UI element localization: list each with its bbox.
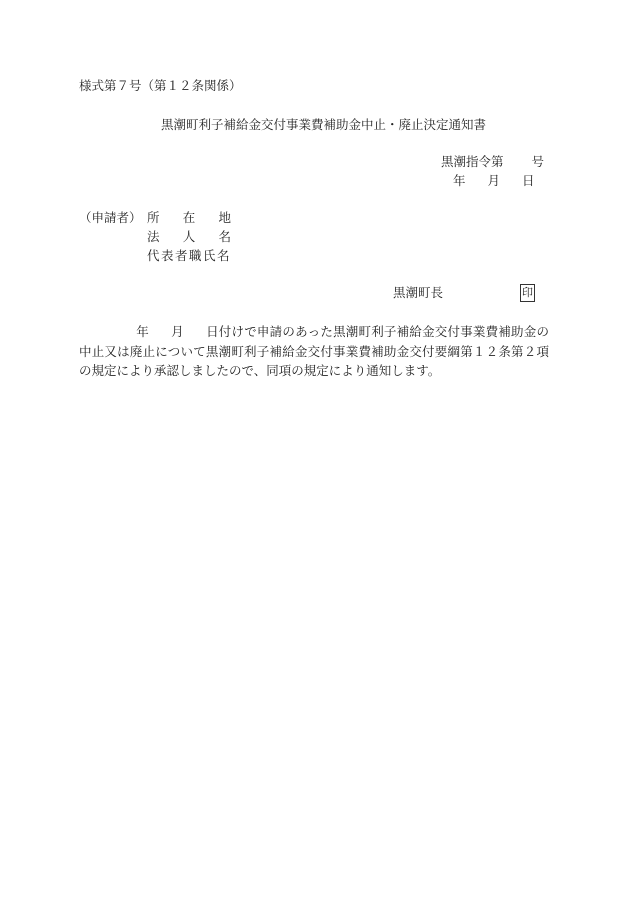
- reference-suffix: 号: [532, 154, 545, 169]
- field-address-label: 所在地: [147, 212, 231, 225]
- field-corporation-name: 法人名: [147, 231, 231, 244]
- reference-prefix: 黒潮指令第: [441, 154, 504, 169]
- field-address: 所在地: [147, 212, 231, 225]
- field-corporation-name-label: 法人名: [147, 231, 231, 244]
- date-month: 月: [488, 173, 501, 188]
- notice-body: 年月日付けで申請のあった黒潮町利子補給金交付事業費補助金の中止又は廃止について黒…: [79, 322, 549, 381]
- seal-icon: 印: [520, 284, 535, 302]
- body-text: 日付けで申請のあった黒潮町利子補給金交付事業費補助金の中止又は廃止について黒潮町…: [79, 324, 549, 378]
- body-year: 年: [136, 324, 149, 339]
- issue-date: 年月日: [453, 175, 535, 188]
- reference-number: 黒潮指令第号: [441, 156, 544, 169]
- body-month: 月: [171, 324, 184, 339]
- field-representative: 代表者職氏名: [147, 250, 231, 263]
- issuer-title: 黒潮町長: [393, 287, 443, 300]
- applicant-label: （申請者）: [79, 212, 142, 225]
- date-year: 年: [453, 173, 466, 188]
- document-title: 黒潮町利子補給金交付事業費補助金中止・廃止決定通知書: [161, 119, 486, 132]
- form-number: 様式第７号（第１２条関係）: [79, 80, 242, 93]
- date-day: 日: [522, 173, 535, 188]
- field-representative-label: 代表者職氏名: [147, 248, 231, 263]
